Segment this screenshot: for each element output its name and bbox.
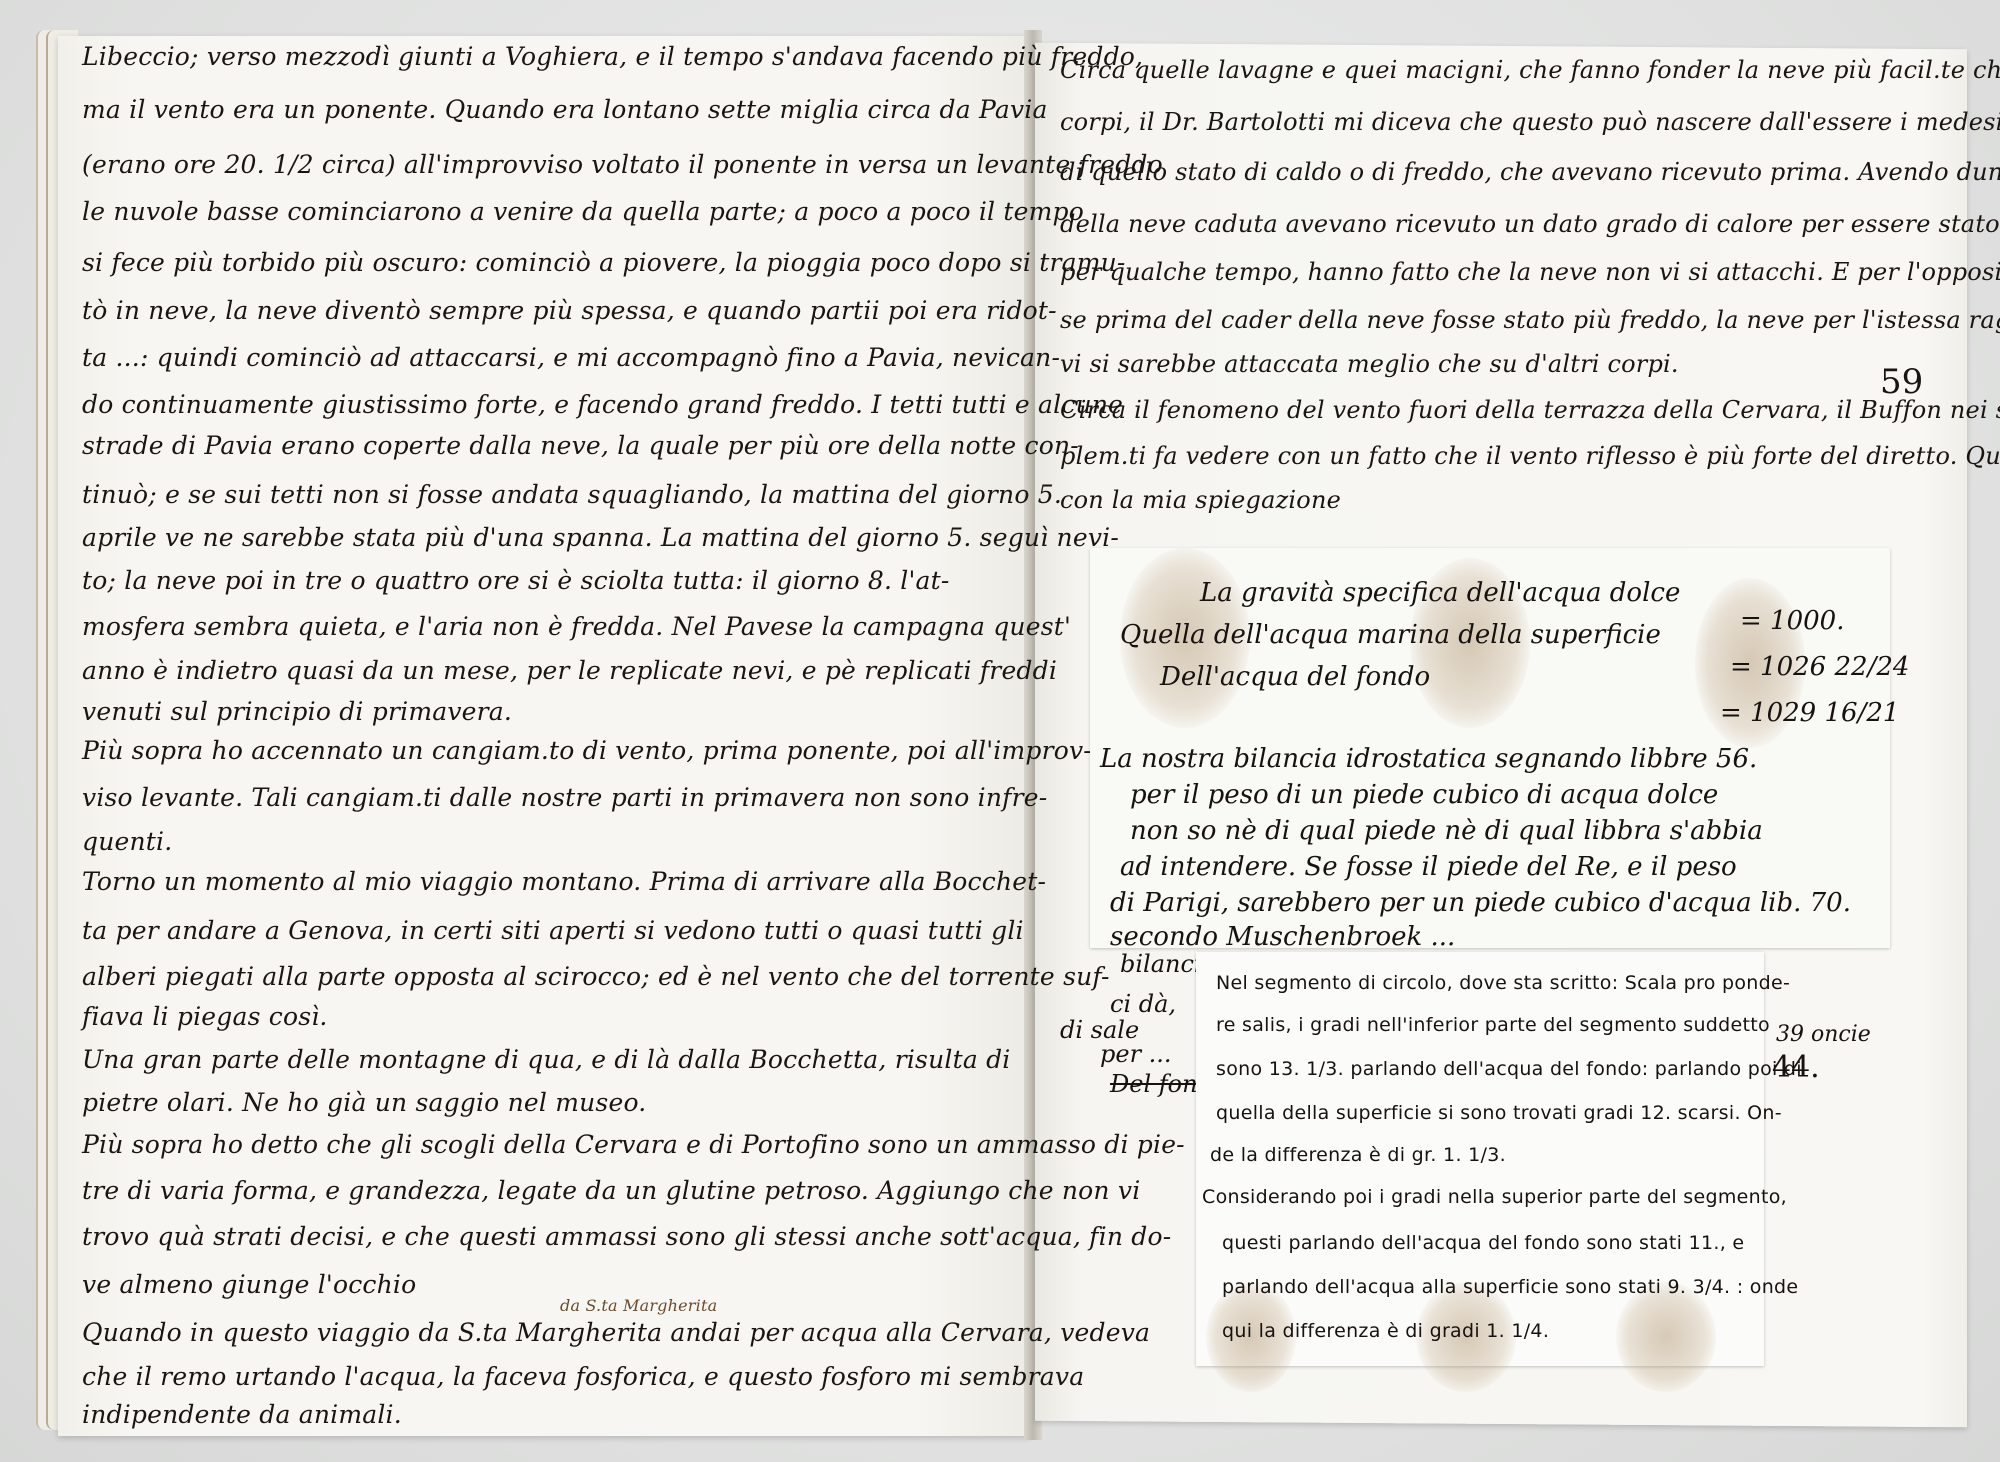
- manuscript-line: ta ...: quindi cominciò ad attaccarsi, e…: [82, 343, 1060, 372]
- slip-line: ad intendere. Se fosse il piede del Re, …: [1120, 852, 1737, 882]
- manuscript-line: pietre olari. Ne ho già un saggio nel mu…: [82, 1088, 646, 1117]
- manuscript-line: Quando in questo viaggio da S.ta Margher…: [82, 1318, 1150, 1347]
- manuscript-line: che il remo urtando l'acqua, la faceva f…: [82, 1362, 1084, 1391]
- manuscript-line: vi si sarebbe attaccata meglio che su d'…: [1060, 350, 1679, 378]
- manuscript-line: alberi piegati alla parte opposta al sci…: [82, 962, 1110, 991]
- manuscript-line: Torno un momento al mio viaggio montano.…: [82, 867, 1046, 896]
- manuscript-line: do continuamente giustissimo forte, e fa…: [82, 390, 1123, 419]
- slip-line: di Parigi, sarebbero per un piede cubico…: [1110, 888, 1851, 918]
- slip-line: questi parlando dell'acqua del fondo son…: [1222, 1232, 1744, 1254]
- manuscript-line: si fece più torbido più oscuro: cominciò…: [82, 248, 1126, 277]
- slip-line: quella della superficie si sono trovati …: [1216, 1102, 1782, 1124]
- slip-line: secondo Muschenbroek ...: [1110, 922, 1455, 952]
- manuscript-line: plem.ti fa vedere con un fatto che il ve…: [1060, 442, 2000, 470]
- manuscript-line: fiava li piegas così.: [82, 1002, 328, 1031]
- manuscript-line: Più sopra ho accennato un cangiam.to di …: [82, 736, 1092, 765]
- slip-line: parlando dell'acqua alla superficie sono…: [1222, 1276, 1798, 1298]
- manuscript-line: to; la neve poi in tre o quattro ore si …: [82, 566, 950, 595]
- page-number: 59: [1880, 362, 1923, 402]
- manuscript-line: trovo quà strati decisi, e che questi am…: [82, 1222, 1171, 1251]
- manuscript-line: venuti sul principio di primavera.: [82, 697, 512, 726]
- manuscript-line: anno è indietro quasi da un mese, per le…: [82, 656, 1057, 685]
- slip-line: Considerando poi i gradi nella superior …: [1202, 1186, 1787, 1208]
- manuscript-line: ma il vento era un ponente. Quando era l…: [82, 95, 1048, 124]
- slip-line: Dell'acqua del fondo: [1160, 662, 1430, 692]
- manuscript-line: per qualche tempo, hanno fatto che la ne…: [1060, 258, 2000, 286]
- manuscript-line: tre di varia forma, e grandezza, legate …: [82, 1176, 1140, 1205]
- value-surface-sea-water: = 1026 22/24: [1730, 652, 1909, 682]
- manuscript-line: ta per andare a Genova, in certi siti ap…: [82, 916, 1024, 945]
- slip-line: La nostra bilancia idrostatica segnando …: [1100, 744, 1757, 774]
- slip-fragment: per ...: [1100, 1040, 1172, 1068]
- value-fresh-water: = 1000.: [1740, 606, 1844, 636]
- manuscript-line: le nuvole basse cominciarono a venire da…: [82, 197, 1084, 226]
- manuscript-line: Libeccio; verso mezzodì giunti a Voghier…: [82, 42, 1143, 71]
- pasted-slip-specific-gravity: La gravità specifica dell'acqua dolce Qu…: [1090, 548, 1890, 948]
- manuscript-line: aprile ve ne sarebbe stata più d'una spa…: [82, 523, 1119, 552]
- manuscript-line: strade di Pavia erano coperte dalla neve…: [82, 431, 1079, 460]
- manuscript-line: indipendente da animali.: [82, 1400, 402, 1429]
- slip-line: La gravità specifica dell'acqua dolce: [1200, 578, 1680, 608]
- stain: [1616, 1282, 1716, 1392]
- manuscript-line: corpi, il Dr. Bartolotti mi diceva che q…: [1060, 108, 2000, 136]
- manuscript-line: Circa quelle lavagne e quei macigni, che…: [1060, 56, 2000, 84]
- manuscript-line: Più sopra ho detto che gli scogli della …: [82, 1130, 1185, 1159]
- manuscript-line: tò in neve, la neve diventò sempre più s…: [82, 296, 1057, 325]
- slip-line: Nel segmento di circolo, dove sta scritt…: [1216, 972, 1790, 994]
- manuscript-line: della neve caduta avevano ricevuto un da…: [1060, 210, 2000, 238]
- manuscript-line: quenti.: [82, 827, 172, 856]
- value-deep-sea-water: = 1029 16/21: [1720, 698, 1899, 728]
- manuscript-line: tinuò; e se sui tetti non si fosse andat…: [82, 480, 1062, 509]
- pasted-slip-salinity-scale: Nel segmento di circolo, dove sta scritt…: [1196, 952, 1764, 1366]
- slip-line: qui la differenza è di gradi 1. 1/4.: [1222, 1320, 1549, 1342]
- slip-line: Quella dell'acqua marina della superfici…: [1120, 620, 1661, 650]
- slip-line: de la differenza è di gr. 1. 1/3.: [1210, 1144, 1506, 1166]
- slip-line: re salis, i gradi nell'inferior parte de…: [1216, 1014, 1770, 1036]
- margin-value-oncie: 39 oncie: [1776, 1022, 1871, 1047]
- faded-insertion: da S.ta Margherita: [560, 1296, 717, 1315]
- manuscript-line: Circa il fenomeno del vento fuori della …: [1060, 396, 2000, 424]
- slip-line: non so nè di qual piede nè di qual libbr…: [1130, 816, 1763, 846]
- manuscript-line: se prima del cader della neve fosse stat…: [1060, 306, 2000, 334]
- manuscript-line: di quello stato di caldo o di freddo, ch…: [1060, 158, 2000, 186]
- manuscript-line: (erano ore 20. 1/2 circa) all'improvviso…: [82, 150, 1163, 179]
- manuscript-line: ve almeno giunge l'occhio: [82, 1270, 416, 1299]
- slip-fragment: ci dà,: [1110, 990, 1176, 1018]
- slip-line: per il peso di un piede cubico di acqua …: [1130, 780, 1718, 810]
- slip-line: sono 13. 1/3. parlando dell'acqua del fo…: [1216, 1058, 1802, 1080]
- manuscript-line: viso levante. Tali cangiam.ti dalle nost…: [82, 783, 1047, 812]
- manuscript-line: con la mia spiegazione: [1060, 486, 1341, 514]
- manuscript-line: Una gran parte delle montagne di qua, e …: [82, 1045, 1010, 1074]
- manuscript-line: mosfera sembra quieta, e l'aria non è fr…: [82, 612, 1071, 641]
